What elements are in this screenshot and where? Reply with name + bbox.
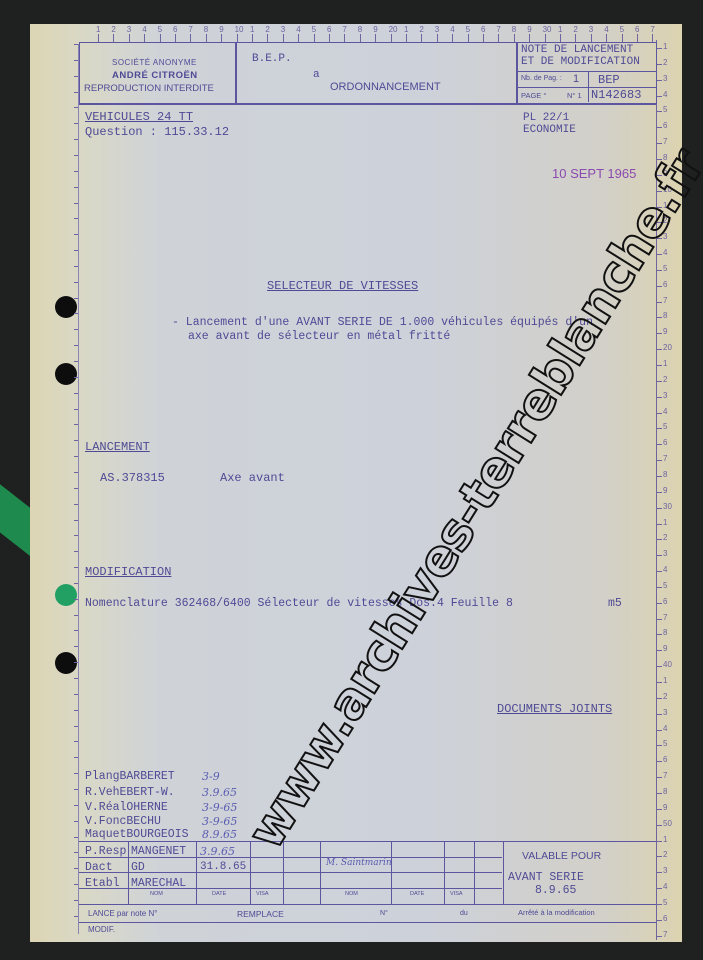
ruler-tick: [657, 650, 662, 651]
divider: [474, 841, 475, 904]
ruler-tick: [591, 34, 592, 42]
signature-role: Plang: [85, 770, 120, 783]
valid-date: 8.9.65: [535, 884, 576, 897]
ruler-tick: [74, 139, 78, 140]
ruler-number: 7: [663, 930, 667, 939]
ruler-number: 6: [663, 121, 667, 130]
ruler-tick: [74, 583, 78, 584]
ruler-tick: [74, 424, 78, 425]
question-ref: Question : 115.33.12: [85, 125, 229, 139]
ruler-tick: [652, 34, 653, 42]
ruler-tick: [74, 234, 78, 235]
to-label: a: [313, 69, 320, 81]
ruler-number: 4: [663, 90, 667, 99]
ruler-tick: [657, 698, 662, 699]
ruler-number: 3: [663, 866, 667, 875]
ruler-tick: [74, 551, 78, 552]
divider: [391, 841, 392, 904]
ruler-number: 1: [558, 25, 562, 34]
ruler-tick: [657, 143, 662, 144]
divider: [320, 841, 321, 904]
ruler-tick: [657, 825, 662, 826]
ruler-number: 3: [435, 25, 439, 34]
ruler-tick: [545, 34, 546, 42]
signature-name: BECHU: [126, 815, 161, 828]
ruler-number: 5: [158, 25, 162, 34]
ruler-number: 1: [96, 25, 100, 34]
divider: [516, 71, 656, 72]
ruler-tick: [657, 460, 662, 461]
lancement-heading: LANCEMENT: [85, 440, 150, 454]
ruler-number: 2: [663, 692, 667, 701]
ruler-tick: [468, 34, 469, 42]
ruler-number: 1: [663, 676, 667, 685]
ruler-number: 4: [663, 882, 667, 891]
ruler-number: 2: [573, 25, 577, 34]
ruler-number: 30: [543, 25, 552, 34]
ruler-number: 1: [663, 42, 667, 51]
ruler-tick: [657, 888, 662, 889]
ruler-tick: [74, 504, 78, 505]
ruler-number: 5: [312, 25, 316, 34]
divider: [503, 841, 504, 904]
ruler-tick: [74, 488, 78, 489]
ruler-tick: [657, 745, 662, 746]
ruler-tick: [98, 34, 99, 42]
ruler-number: 6: [663, 438, 667, 447]
ruler-number: 9: [663, 644, 667, 653]
divider: [128, 841, 129, 904]
ruler-tick: [74, 250, 78, 251]
ruler-tick: [657, 127, 662, 128]
signature-role: Maquet: [85, 828, 126, 841]
ruler-number: 30: [663, 502, 672, 511]
ruler-number: 2: [663, 58, 667, 67]
ruler-tick: [237, 34, 238, 42]
signature-date: 3-9-65: [202, 801, 237, 814]
signature-name: OHERNE: [126, 801, 167, 814]
ruler-tick: [74, 409, 78, 410]
ruler-number: 3: [281, 25, 285, 34]
signature-role: V.Fonc: [85, 815, 126, 828]
ruler-tick: [657, 555, 662, 556]
description-line1: - Lancement d'une AVANT SERIE DE 1.000 v…: [172, 316, 593, 329]
signature-role: V.Réal: [85, 801, 126, 814]
ruler-tick: [74, 821, 78, 822]
page-no-label: N° 1: [567, 91, 582, 100]
note-number: N142683: [591, 88, 641, 102]
divider: [79, 922, 656, 923]
signature-name: EBERT-W.: [120, 786, 175, 799]
ruler-tick: [657, 270, 662, 271]
ruler-tick: [74, 599, 78, 600]
ruler-number: 8: [663, 787, 667, 796]
ruler-tick: [74, 773, 78, 774]
divider: [79, 904, 656, 905]
ruler-tick: [657, 841, 662, 842]
ruler-number: 7: [663, 771, 667, 780]
ruler-number: 8: [663, 311, 667, 320]
ruler-number: 3: [663, 708, 667, 717]
ruler-tick: [74, 535, 78, 536]
ruler-number: 9: [527, 25, 531, 34]
ruler-number: 7: [188, 25, 192, 34]
ruler-tick: [657, 777, 662, 778]
ruler-tick: [74, 884, 78, 885]
ruler-number: 6: [173, 25, 177, 34]
ruler-tick: [74, 630, 78, 631]
ruler-number: 6: [663, 597, 667, 606]
ruler-tick: [657, 587, 662, 588]
ruler-number: 6: [635, 25, 639, 34]
ruler-number: 20: [663, 343, 672, 352]
modification-suffix: m5: [608, 597, 622, 610]
ruler-tick: [74, 694, 78, 695]
ruler-tick: [657, 793, 662, 794]
ruler-number: 4: [663, 407, 667, 416]
ruler-tick: [657, 539, 662, 540]
ruler-tick: [190, 34, 191, 42]
company-line3: REPRODUCTION INTERDITE: [84, 83, 214, 94]
divider: [79, 857, 502, 858]
ruler-number: 3: [663, 549, 667, 558]
documents-joints: DOCUMENTS JOINTS: [497, 702, 612, 716]
ruler-tick: [657, 856, 662, 857]
ruler-tick: [437, 34, 438, 42]
ruler-number: 3: [663, 391, 667, 400]
ruler-number: 2: [663, 533, 667, 542]
ruler-tick: [657, 872, 662, 873]
ruler-tick: [657, 809, 662, 810]
ruler-tick: [657, 730, 662, 731]
divider: [444, 841, 445, 904]
ruler-tick: [160, 34, 161, 42]
ruler-tick: [657, 111, 662, 112]
ruler-tick: [657, 904, 662, 905]
ruler-tick: [329, 34, 330, 42]
valid-label: VALABLE POUR: [522, 850, 601, 862]
ruler-tick: [560, 34, 561, 42]
ruler-number: 7: [496, 25, 500, 34]
signature-date: 3-9: [202, 770, 220, 783]
ruler-tick: [657, 492, 662, 493]
ruler-tick: [657, 96, 662, 97]
modif-label: MODIF.: [88, 925, 115, 934]
ruler-tick: [206, 34, 207, 42]
ruler-tick: [74, 107, 78, 108]
signature-date: 3-9-65: [202, 815, 237, 828]
ruler-tick: [575, 34, 576, 42]
ruler-tick: [74, 266, 78, 267]
ruler-tick: [622, 34, 623, 42]
ruler-tick: [74, 203, 78, 204]
modification-heading: MODIFICATION: [85, 565, 171, 579]
ruler-tick: [74, 329, 78, 330]
ruler-tick: [74, 741, 78, 742]
ruler-tick: [375, 34, 376, 42]
company-line1: SOCIÉTÉ ANONYME: [112, 58, 197, 67]
ruler-tick: [74, 187, 78, 188]
date-stamp: 10 SEPT 1965: [552, 166, 636, 181]
part-name: Axe avant: [220, 471, 285, 485]
pages-label: Nb. de Pag. :: [521, 75, 562, 82]
punch-hole: [55, 584, 77, 606]
ruler-tick: [360, 34, 361, 42]
ruler-number: 9: [663, 803, 667, 812]
ruler-tick: [657, 714, 662, 715]
form-title-line2: ET DE MODIFICATION: [521, 56, 640, 68]
ruler-tick: [74, 123, 78, 124]
page-label: PAGE °: [521, 91, 546, 100]
ruler-tick: [74, 868, 78, 869]
ruler-number: 6: [663, 755, 667, 764]
remplace-label: REMPLACE: [237, 909, 284, 919]
form-title-line1: NOTE DE LANCEMENT: [521, 44, 633, 56]
signature-date: 8.9.65: [202, 828, 237, 841]
ruler-number: 5: [466, 25, 470, 34]
ruler-number: 2: [419, 25, 423, 34]
ruler-tick: [74, 789, 78, 790]
ruler-number: 50: [663, 819, 672, 828]
ruler-tick: [74, 44, 78, 45]
ruler-number: 9: [663, 486, 667, 495]
description-line2: axe avant de sélecteur en métal fritté: [188, 330, 450, 343]
arrete-label: Arrêté à la modification: [518, 908, 595, 917]
ruler-tick: [74, 393, 78, 394]
ruler-tick: [421, 34, 422, 42]
ruler-tick: [74, 377, 78, 378]
ruler-number: 2: [265, 25, 269, 34]
ruler-tick: [657, 603, 662, 604]
ruler-tick: [344, 34, 345, 42]
ruler-number: 5: [663, 264, 667, 273]
modification-line: Nomenclature 362468/6400 Sélecteur de vi…: [85, 597, 513, 610]
ruler-tick: [657, 444, 662, 445]
ruler-tick: [452, 34, 453, 42]
ruler-tick: [657, 349, 662, 350]
ruler-tick: [74, 282, 78, 283]
pl-ref: PL 22/1: [523, 112, 569, 124]
col-date: DATE: [212, 891, 226, 897]
ruler-tick: [74, 456, 78, 457]
pages-value: 1: [573, 73, 579, 85]
ruler-number: 6: [481, 25, 485, 34]
ruler-number: 4: [663, 724, 667, 733]
ruler-number: 8: [663, 470, 667, 479]
divider: [588, 71, 589, 102]
ruler-tick: [175, 34, 176, 42]
ruler-tick: [74, 852, 78, 853]
ruler-number: 8: [204, 25, 208, 34]
ruler-number: 2: [111, 25, 115, 34]
ruler-number: 8: [663, 628, 667, 637]
divider: [196, 841, 197, 904]
ruler-number: 8: [512, 25, 516, 34]
ruler-tick: [657, 48, 662, 49]
ruler-number: 1: [250, 25, 254, 34]
body-title: SELECTEUR DE VITESSES: [267, 279, 418, 293]
ruler-tick: [391, 34, 392, 42]
ruler-tick: [406, 34, 407, 42]
category-ref: ECONOMIE: [523, 124, 576, 136]
ruler-tick: [657, 476, 662, 477]
ruler-number: 7: [663, 296, 667, 305]
ruler-tick: [314, 34, 315, 42]
ruler-number: 6: [327, 25, 331, 34]
ruler-tick: [129, 34, 130, 42]
ruler-number: 1: [663, 518, 667, 527]
ruler-number: 1: [663, 359, 667, 368]
ruler-number: 7: [650, 25, 654, 34]
ruler-number: 5: [663, 739, 667, 748]
signature-name: BOURGEOIS: [126, 828, 188, 841]
ruler-tick: [74, 916, 78, 917]
ruler-number: 5: [663, 105, 667, 114]
no-label: N°: [380, 910, 388, 917]
ruler-tick: [657, 634, 662, 635]
ruler-tick: [74, 76, 78, 77]
divider: [79, 841, 656, 842]
ruler-tick: [657, 365, 662, 366]
department: B.E.P.: [252, 53, 292, 65]
ruler-number: 3: [589, 25, 593, 34]
ruler-number: 5: [663, 898, 667, 907]
ruler-tick: [74, 710, 78, 711]
ruler-tick: [606, 34, 607, 42]
ruler-tick: [74, 900, 78, 901]
ruler-tick: [657, 682, 662, 683]
divider: [79, 104, 656, 105]
ruler-tick: [74, 171, 78, 172]
ruler-tick: [74, 662, 78, 663]
ruler-tick: [657, 317, 662, 318]
ruler-number: 4: [142, 25, 146, 34]
ruler-number: 6: [663, 280, 667, 289]
divider: [250, 841, 251, 904]
ruler-tick: [657, 286, 662, 287]
ruler-tick: [74, 218, 78, 219]
ruler-tick: [657, 413, 662, 414]
punch-hole: [55, 363, 77, 385]
service-code: BEP: [598, 73, 620, 87]
left-margin-ruler: [78, 44, 79, 934]
ruler-number: 7: [663, 454, 667, 463]
ruler-tick: [74, 345, 78, 346]
ruler-tick: [637, 34, 638, 42]
ruler-number: 3: [127, 25, 131, 34]
ruler-tick: [74, 520, 78, 521]
ruler-tick: [74, 440, 78, 441]
ruler-tick: [144, 34, 145, 42]
ruler-number: 5: [663, 422, 667, 431]
company-line2: ANDRÉ CITROËN: [112, 70, 198, 81]
ruler-number: 4: [604, 25, 608, 34]
ruler-tick: [74, 726, 78, 727]
ruler-number: 10: [235, 25, 244, 34]
signature-role: R.Veh: [85, 786, 120, 799]
ruler-tick: [283, 34, 284, 42]
ruler-tick: [657, 920, 662, 921]
ruler-tick: [74, 646, 78, 647]
col-visa-2: VISA: [450, 891, 463, 897]
ruler-number: 2: [663, 375, 667, 384]
punch-hole: [55, 296, 77, 318]
ruler-number: 4: [296, 25, 300, 34]
address-box: [235, 42, 518, 104]
ruler-tick: [74, 678, 78, 679]
ruler-number: 4: [663, 565, 667, 574]
part-number: AS.378315: [100, 471, 165, 485]
ruler-number: 9: [373, 25, 377, 34]
ruler-tick: [657, 571, 662, 572]
ruler-tick: [657, 936, 662, 937]
ruler-number: 4: [450, 25, 454, 34]
ruler-tick: [483, 34, 484, 42]
du-label: du: [460, 910, 468, 917]
divider: [79, 872, 502, 873]
ruler-number: 7: [342, 25, 346, 34]
ruler-number: 8: [358, 25, 362, 34]
ruler-tick: [74, 361, 78, 362]
ruler-number: 5: [663, 581, 667, 590]
ruler-tick: [657, 302, 662, 303]
ruler-tick: [657, 381, 662, 382]
valid-value: AVANT SERIE: [508, 871, 584, 884]
ruler-tick: [657, 508, 662, 509]
ruler-tick: [74, 615, 78, 616]
ruler-tick: [252, 34, 253, 42]
col-nom-2: NOM: [345, 891, 358, 897]
ruler-tick: [74, 567, 78, 568]
ruler-tick: [74, 757, 78, 758]
ruler-tick: [657, 428, 662, 429]
ruler-tick: [529, 34, 530, 42]
ruler-number: 9: [663, 327, 667, 336]
ruler-tick: [298, 34, 299, 42]
ruler-tick: [657, 64, 662, 65]
vehicle-title: VEHICULES 24 TT: [85, 110, 193, 124]
col-visa: VISA: [256, 891, 269, 897]
ruler-tick: [267, 34, 268, 42]
ruler-tick: [657, 524, 662, 525]
ruler-tick: [657, 80, 662, 81]
ruler-number: 1: [404, 25, 408, 34]
ruler-tick: [221, 34, 222, 42]
ruler-number: 3: [663, 74, 667, 83]
ruler-tick: [498, 34, 499, 42]
ruler-number: 6: [663, 914, 667, 923]
col-date-2: DATE: [410, 891, 424, 897]
ruler-tick: [657, 333, 662, 334]
ruler-number: 5: [620, 25, 624, 34]
ruler-tick: [74, 313, 78, 314]
ruler-tick: [74, 298, 78, 299]
ruler-tick: [657, 666, 662, 667]
ruler-number: 20: [389, 25, 398, 34]
ruler-tick: [74, 155, 78, 156]
ruler-number: 9: [219, 25, 223, 34]
ruler-tick: [657, 397, 662, 398]
handwritten-name: M. Saintmarin: [326, 858, 392, 868]
ruler-number: 40: [663, 660, 672, 669]
ruler-tick: [514, 34, 515, 42]
divider: [79, 888, 502, 889]
lance-label: LANCE par note N°: [88, 909, 157, 918]
top-ruler: 1234567891012345678920123456789301234567: [80, 24, 655, 44]
ruler-tick: [74, 837, 78, 838]
signature-name: BARBERET: [120, 770, 175, 783]
ruler-number: 7: [663, 613, 667, 622]
